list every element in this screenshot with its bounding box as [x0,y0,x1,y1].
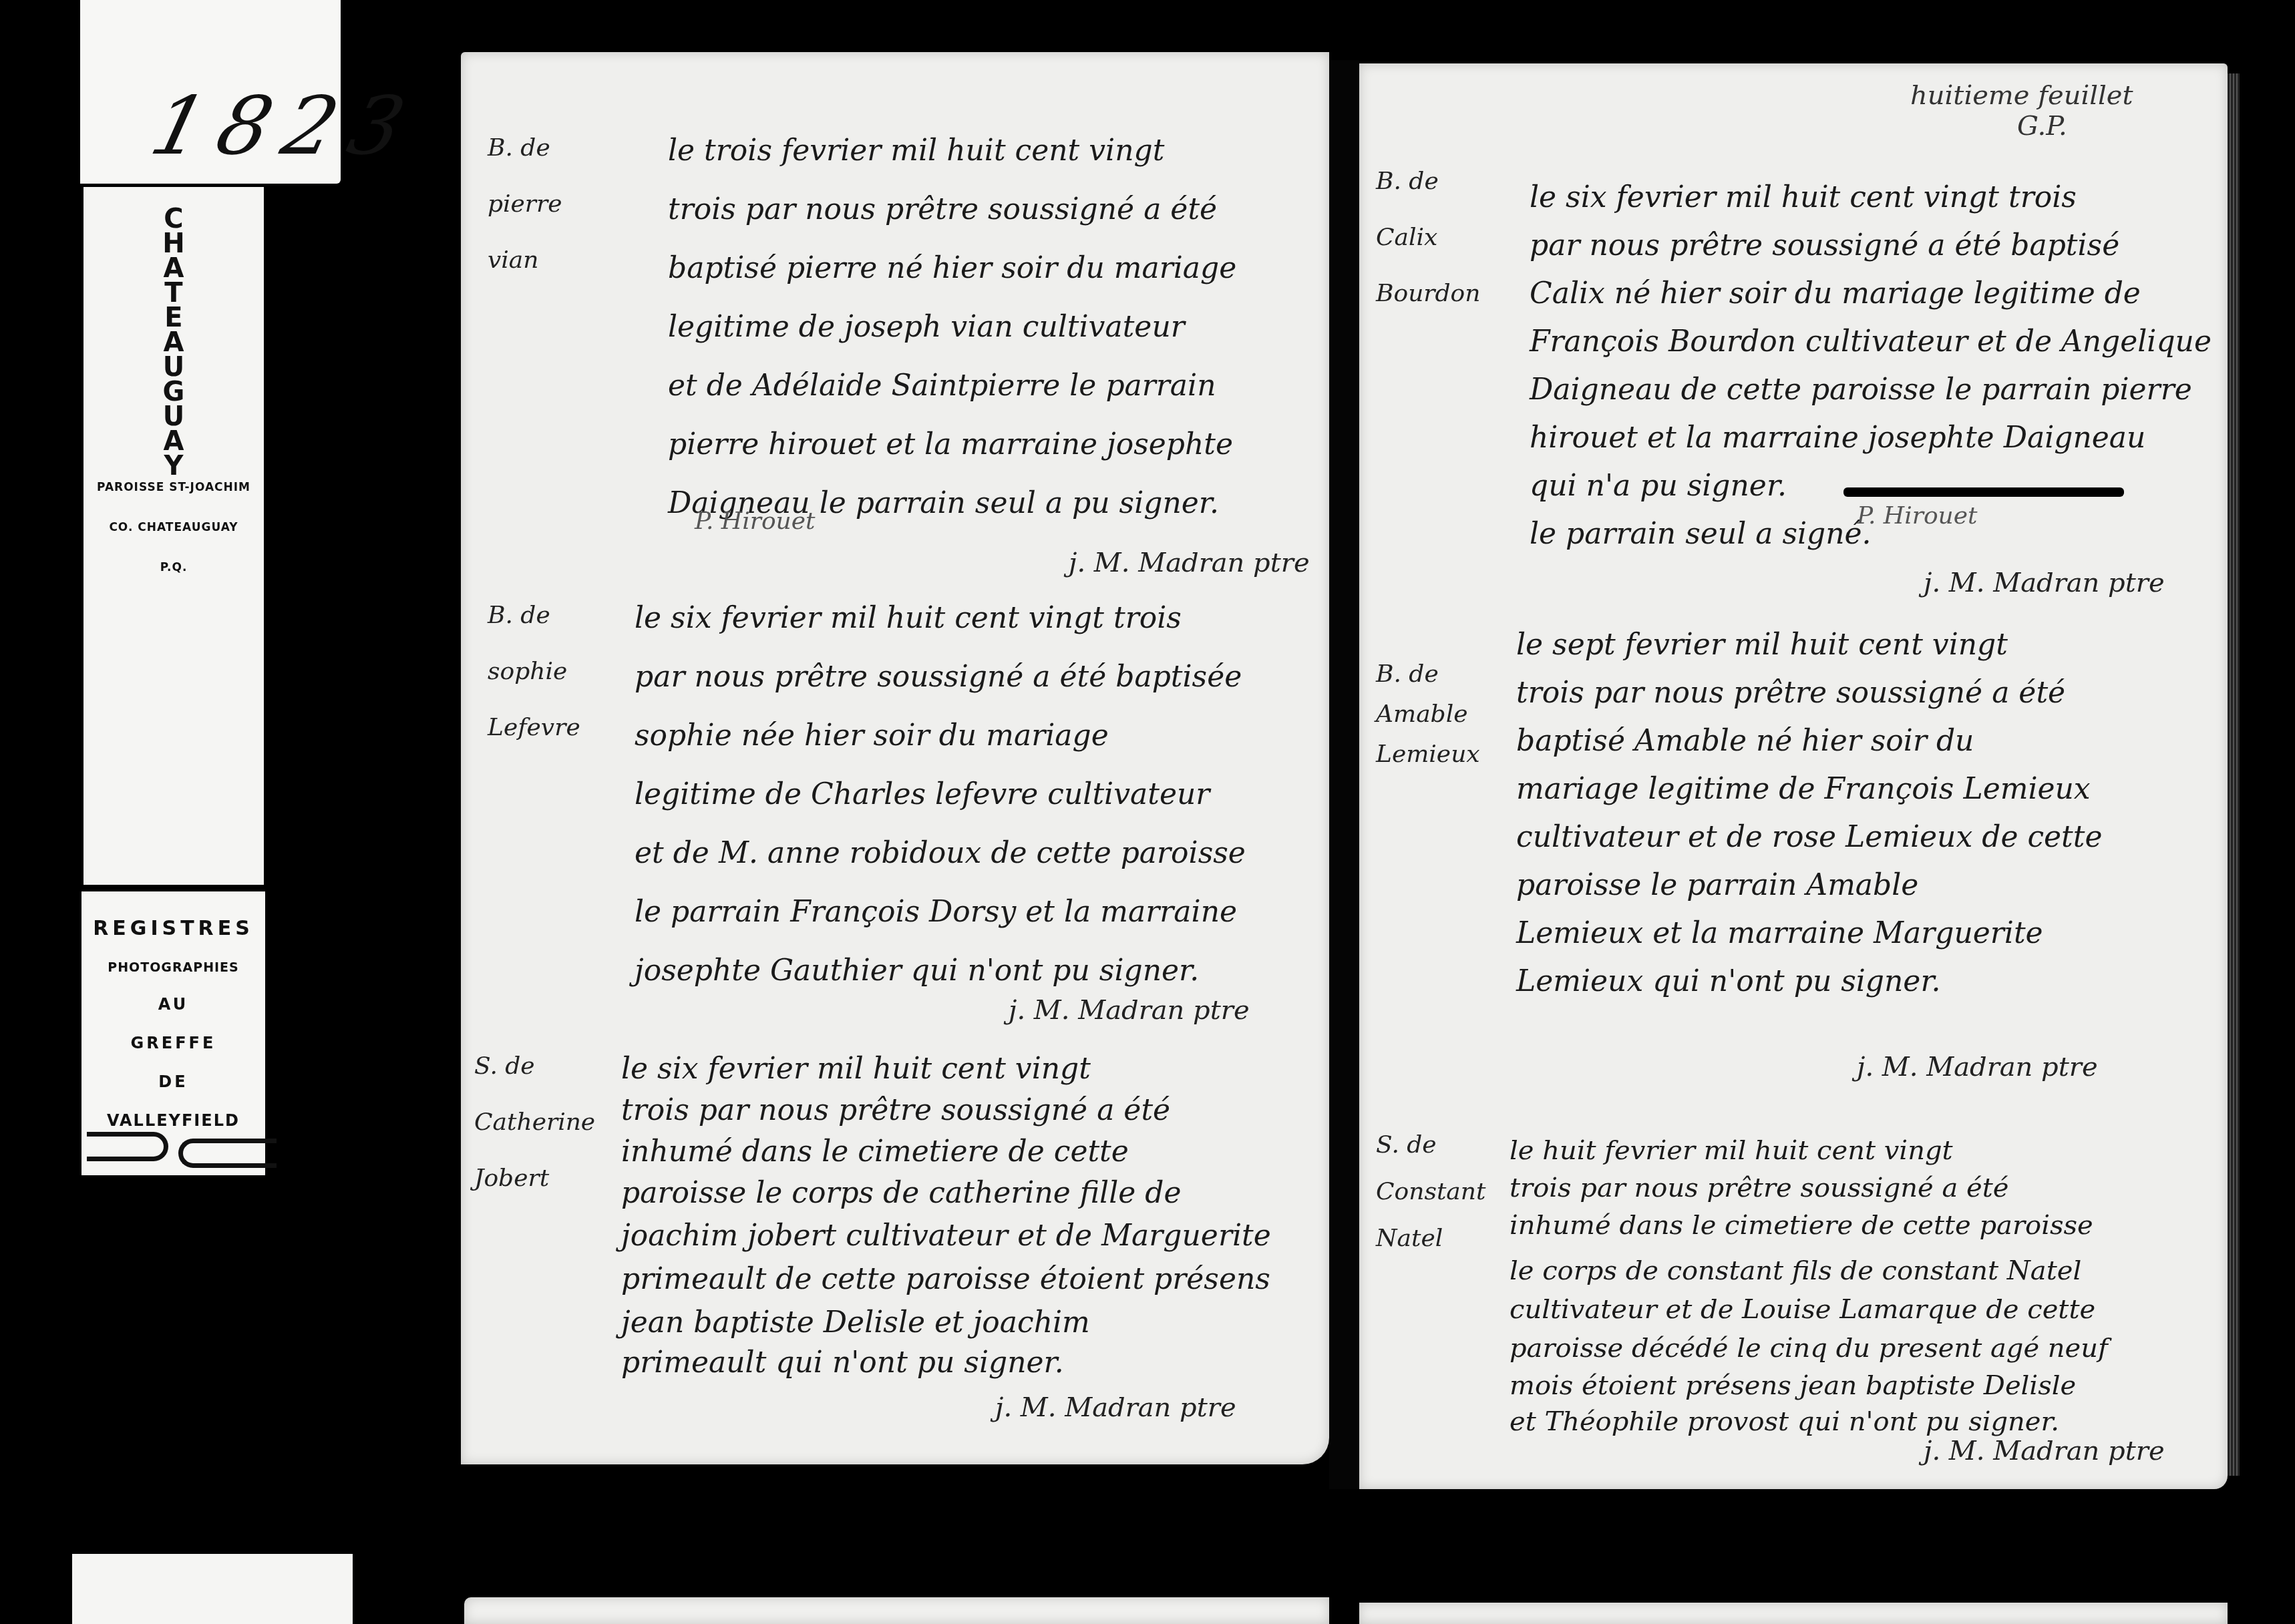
margin-note: S. de Catherine Jobert [474,1038,595,1207]
priest-signature: j. M. Madran ptre [995,1392,1236,1423]
registry-line: PHOTOGRAPHIES [81,960,265,975]
priest-signature: j. M. Madran ptre [1857,1052,2098,1082]
next-spread-right-page [1359,1603,2228,1624]
priest-signature: j. M. Madran ptre [1009,995,1250,1026]
folio-note: huitieme feuillet G.P. [1910,80,2133,142]
margin-note: S. de Constant Natel [1376,1122,1485,1262]
registry-line: DE [81,1072,265,1091]
registry-label: REGISTRES PHOTOGRAPHIES AU GREFFE DE VAL… [81,891,265,1175]
parish-info: PAROISSE ST-JOACHIM CO. CHATEAUGUAY P.Q. [83,481,264,601]
priest-signature: j. M. Madran ptre [1069,548,1310,578]
year-text: 1823 [142,80,428,173]
registry-line: VALLEYFIELD [81,1111,265,1130]
registry-line: GREFFE [81,1034,265,1052]
parish-line: CO. CHATEAUGUAY [83,521,264,534]
paperclip-icon [178,1139,277,1168]
registry-line: AU [81,995,265,1014]
spine-label: CHATEAUGUAY PAROISSE ST-JOACHIM CO. CHAT… [83,187,264,885]
margin-note: B. de Calix Bourdon [1376,154,1480,322]
priest-signature: j. M. Madran ptre [1924,1436,2165,1466]
parish-line: PAROISSE ST-JOACHIM [83,481,264,494]
book-gutter [1329,60,1359,1489]
margin-note: B. de sophie Lefevre [488,588,580,756]
witness-signature: P. Hirouet [1857,502,1978,530]
margin-note: B. de pierre vian [488,120,562,288]
margin-note: B. de Amable Lemieux [1376,654,1480,775]
next-year-label [72,1554,353,1624]
parish-line: P.Q. [83,561,264,574]
next-spread-left-page [464,1597,1329,1624]
spine-letter: Y [164,454,184,479]
page-edges [2228,73,2240,1476]
year-label: 1823 [80,0,341,184]
priest-signature: j. M. Madran ptre [1924,568,2165,598]
paperclip-icon [87,1132,168,1161]
spine-title: CHATEAUGUAY [83,207,264,479]
struck-out-text [1843,487,2124,497]
witness-signature: P. Hirouet [695,507,816,535]
registry-line: REGISTRES [81,917,265,940]
